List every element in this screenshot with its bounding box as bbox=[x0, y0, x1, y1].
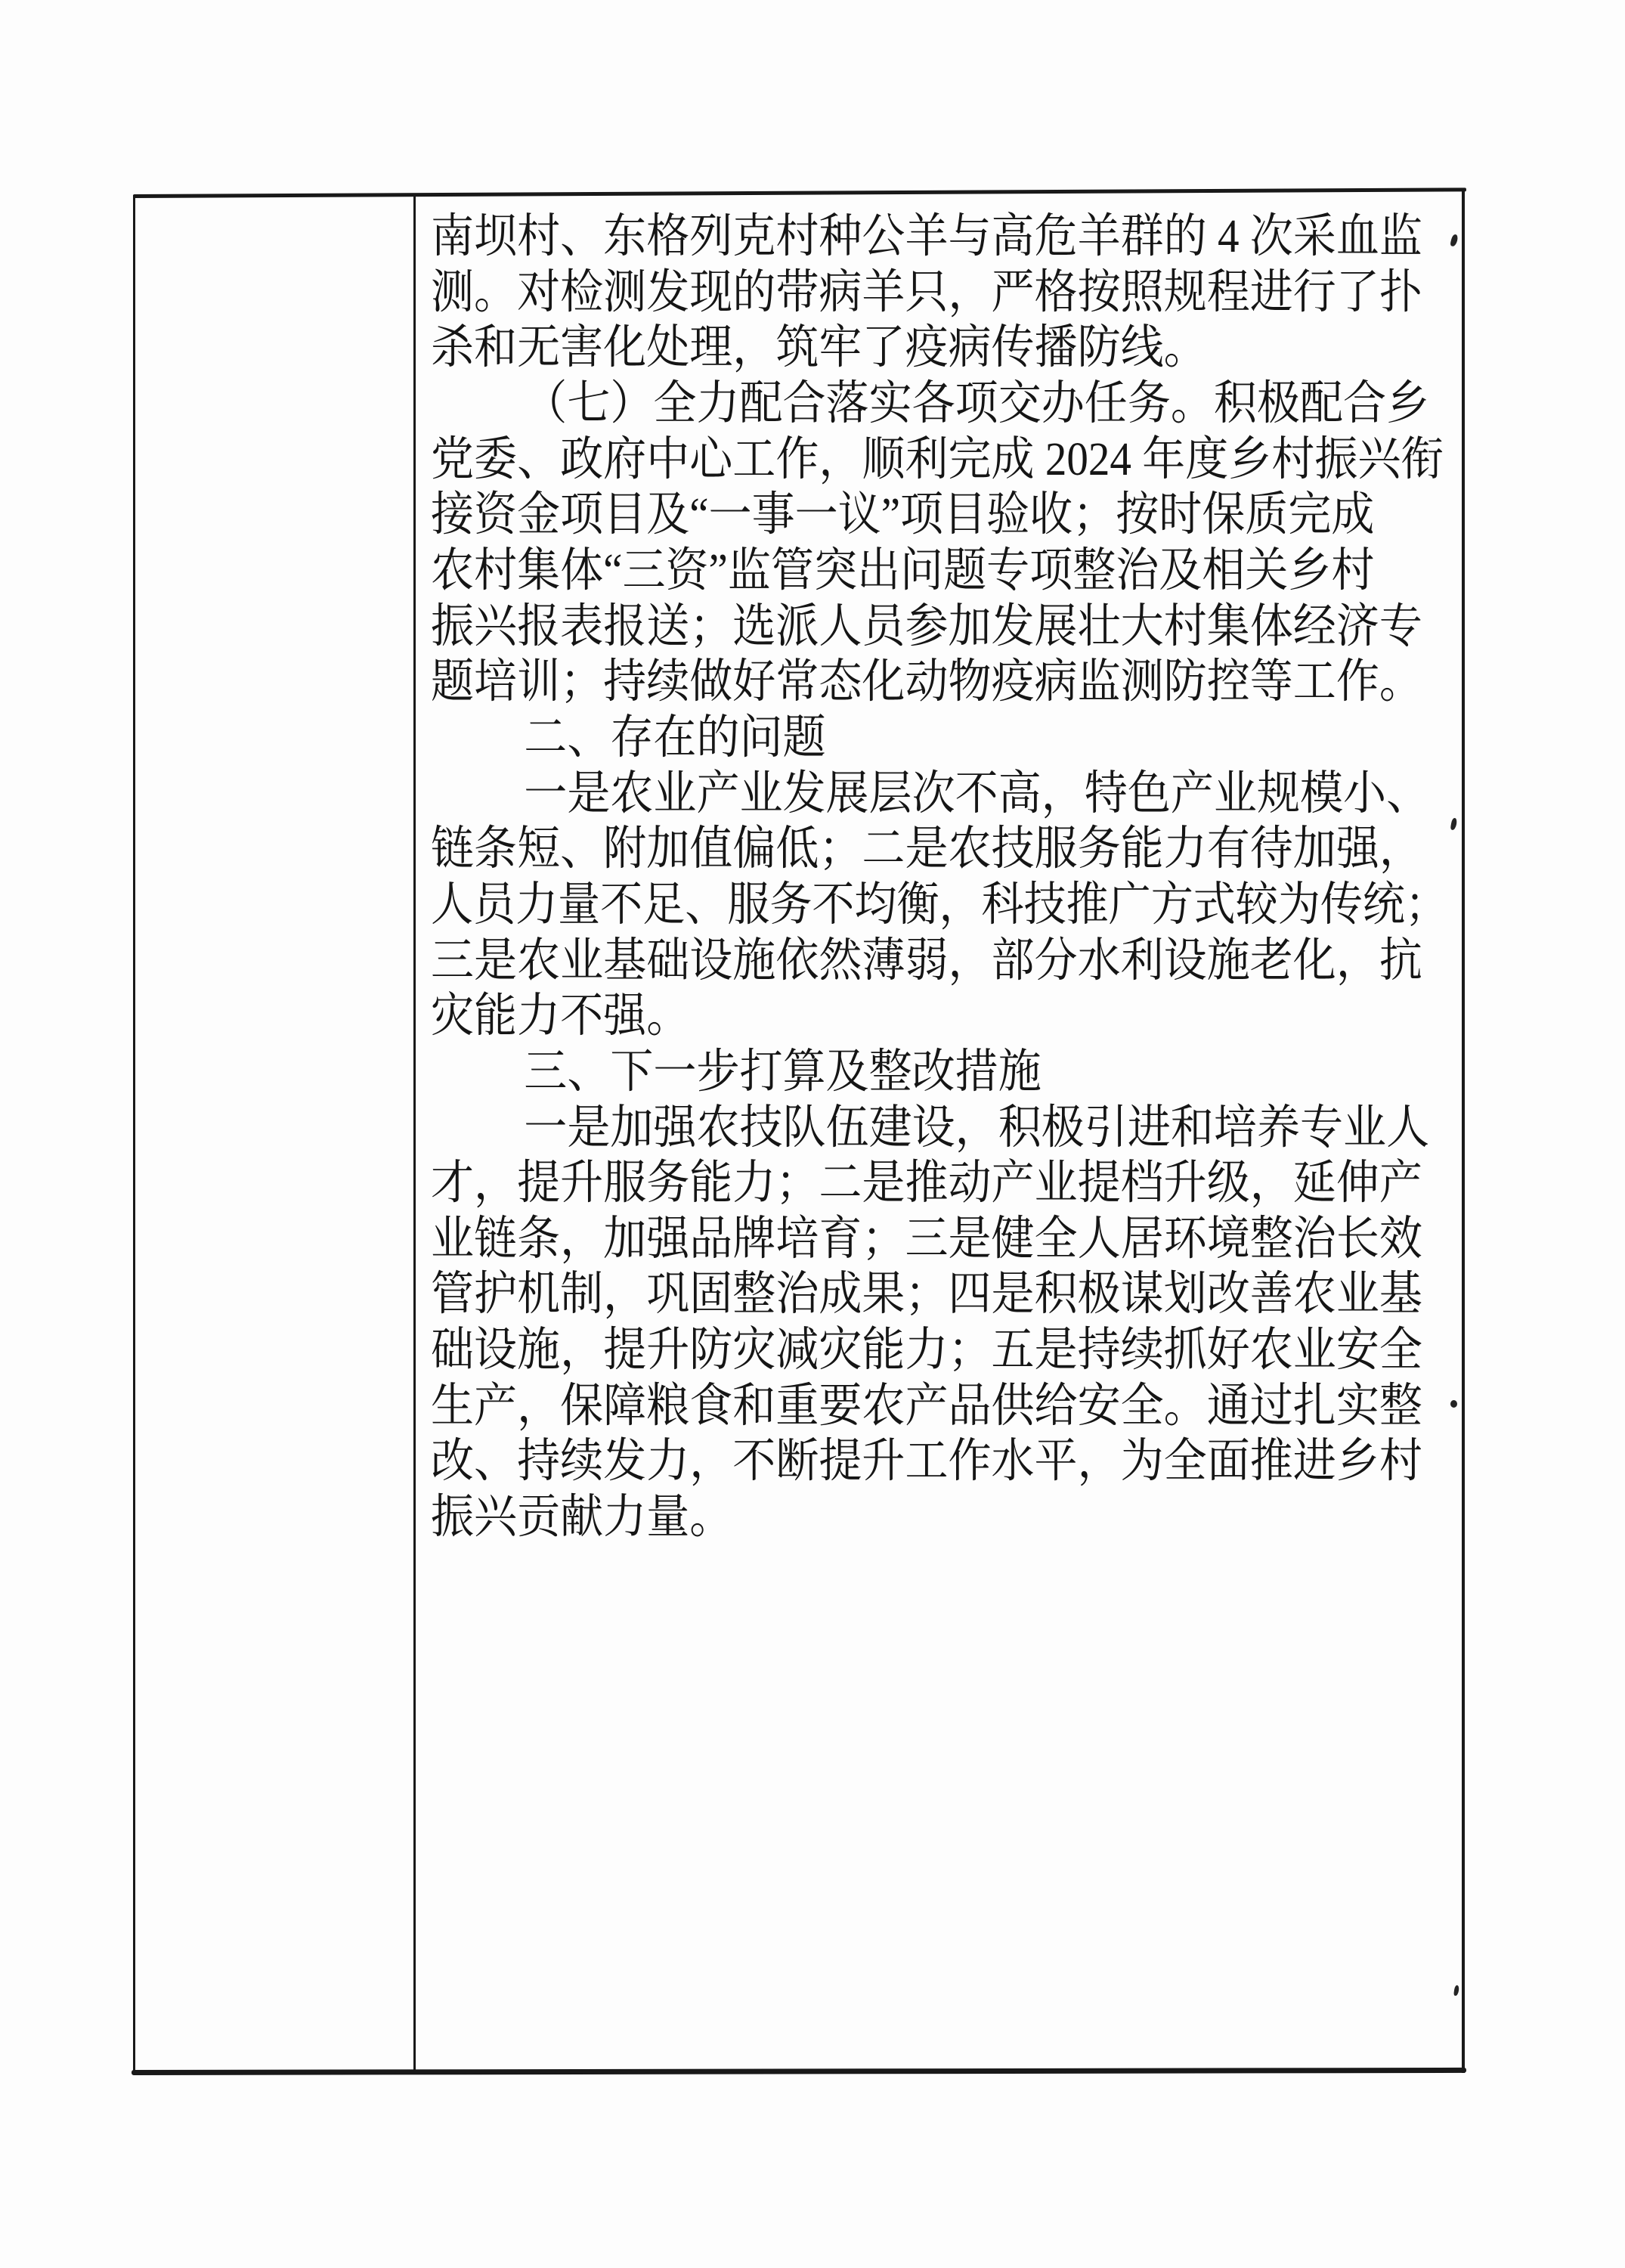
text-line: 农村集体“三资”监管突出问题专项整治及相关乡村 bbox=[431, 544, 1399, 600]
text-line: 才，提升服务能力；二是推动产业提档升级，延伸产 bbox=[431, 1156, 1399, 1212]
text-line: 础设施，提升防灾减灾能力；五是持续抓好农业安全 bbox=[431, 1323, 1399, 1379]
text-line: 测。对检测发现的带病羊只，严格按照规程进行了扑 bbox=[431, 265, 1399, 321]
text-line: 南坝村、东格列克村种公羊与高危羊群的 4 次采血监 bbox=[431, 209, 1399, 265]
text-line: 党委、政府中心工作，顺利完成 2024 年度乡村振兴衔 bbox=[431, 432, 1399, 488]
scanned-document-page: 南坝村、东格列克村种公羊与高危羊群的 4 次采血监测。对检测发现的带病羊只，严格… bbox=[0, 0, 1625, 2268]
text-line: 振兴贡献力量。 bbox=[431, 1490, 1399, 1546]
text-line: 业链条，加强品牌培育；三是健全人居环境整治长效 bbox=[431, 1212, 1399, 1268]
text-line: 改、持续发力，不断提升工作水平，为全面推进乡村 bbox=[431, 1434, 1399, 1490]
table-content-cell: 南坝村、东格列克村种公羊与高危羊群的 4 次采血监测。对检测发现的带病羊只，严格… bbox=[431, 209, 1483, 1546]
text-line: 管护机制，巩固整治成果；四是积极谋划改善农业基 bbox=[431, 1267, 1399, 1323]
text-line: 题培训；持续做好常态化动物疫病监测防控等工作。 bbox=[431, 655, 1399, 711]
text-line: 振兴报表报送；选派人员参加发展壮大村集体经济专 bbox=[431, 600, 1399, 655]
text-line: 三、下一步打算及整改措施 bbox=[431, 1045, 1399, 1101]
text-line: 人员力量不足、服务不均衡，科技推广方式较为传统； bbox=[431, 878, 1382, 934]
scan-noise-speck bbox=[1453, 1985, 1459, 1997]
table-column-divider bbox=[413, 195, 416, 2073]
text-line: 生产，保障粮食和重要农产品供给安全。通过扎实整 bbox=[431, 1379, 1399, 1435]
text-line: 杀和无害化处理，筑牢了疫病传播防线。 bbox=[431, 321, 1399, 376]
text-line: 三是农业基础设施依然薄弱，部分水利设施老化，抗 bbox=[431, 934, 1399, 990]
text-line: 灾能力不强。 bbox=[431, 989, 1399, 1045]
text-line: （七）全力配合落实各项交办任务。积极配合乡 bbox=[431, 376, 1399, 432]
text-line: 二、存在的问题 bbox=[431, 711, 1399, 767]
text-line: 一是农业产业发展层次不高，特色产业规模小、 bbox=[431, 767, 1399, 823]
scan-noise-speck bbox=[1450, 1400, 1457, 1408]
table-label-cell-empty bbox=[135, 197, 413, 2071]
text-line: 一是加强农技队伍建设，积极引进和培养专业人 bbox=[431, 1101, 1399, 1157]
text-line: 接资金项目及“一事一议”项目验收；按时保质完成 bbox=[431, 488, 1399, 544]
text-line: 链条短、附加值偏低；二是农技服务能力有待加强， bbox=[431, 822, 1399, 878]
